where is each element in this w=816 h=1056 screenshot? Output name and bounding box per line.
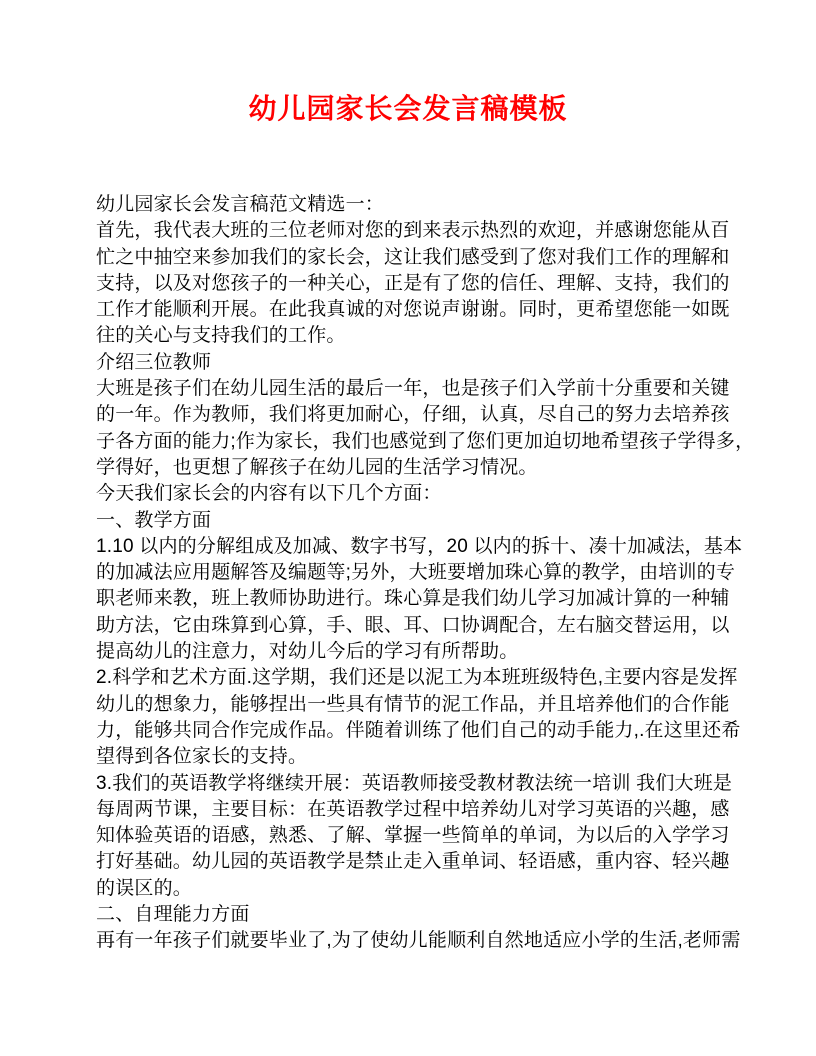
text-line: 力，能够共同合作完成作品。伴随着训练了他们自己的动手能力,.在这里还希 xyxy=(96,718,732,744)
text-line: 支持，以及对您孩子的一种关心，正是有了您的信任、理解、支持，我们的 xyxy=(96,271,732,297)
document-title: 幼儿园家长会发言稿模板 xyxy=(0,0,816,125)
document-body: 幼儿园家长会发言稿范文精选一：首先，我代表大班的三位老师对您的到来表示热烈的欢迎… xyxy=(96,192,732,955)
text-line: 往的关心与支持我们的工作。 xyxy=(96,323,732,349)
text-line: 大班是孩子们在幼儿园生活的最后一年，也是孩子们入学前十分重要和关键 xyxy=(96,376,732,402)
document-page: 幼儿园家长会发言稿模板 幼儿园家长会发言稿范文精选一：首先，我代表大班的三位老师… xyxy=(0,0,816,1056)
text-line: 忙之中抽空来参加我们的家长会，这让我们感受到了您对我们工作的理解和 xyxy=(96,245,732,271)
text-line: 工作才能顺利开展。在此我真诚的对您说声谢谢。同时，更希望您能一如既 xyxy=(96,297,732,323)
text-line: 学得好，也更想了解孩子在幼儿园的生活学习情况。 xyxy=(96,455,732,481)
text-line: 知体验英语的语感，熟悉、了解、掌握一些简单的单词，为以后的入学学习 xyxy=(96,823,732,849)
text-line: 助方法，它由珠算到心算，手、眼、耳、口协调配合，左右脑交替运用，以 xyxy=(96,613,732,639)
text-line: 子各方面的能力;作为家长，我们也感觉到了您们更加迫切地希望孩子学得多， xyxy=(96,429,732,455)
text-line: 提高幼儿的注意力，对幼儿今后的学习有所帮助。 xyxy=(96,639,732,665)
text-line: 3.我们的英语教学将继续开展：英语教师接受教材教法统一培训 我们大班是 xyxy=(96,771,732,797)
text-line: 二、自理能力方面 xyxy=(96,902,732,928)
text-line: 每周两节课，主要目标：在英语教学过程中培养幼儿对学习英语的兴趣，感 xyxy=(96,797,732,823)
text-line: 幼儿园家长会发言稿范文精选一： xyxy=(96,192,732,218)
text-line: 望得到各位家长的支持。 xyxy=(96,744,732,770)
text-line: 介绍三位教师 xyxy=(96,350,732,376)
text-line: 1.10 以内的分解组成及加减、数字书写，20 以内的拆十、凑十加减法，基本 xyxy=(96,534,732,560)
text-line: 职老师来教，班上教师协助进行。珠心算是我们幼儿学习加减计算的一种辅 xyxy=(96,586,732,612)
text-line: 幼儿的想象力，能够捏出一些具有情节的泥工作品，并且培养他们的合作能 xyxy=(96,692,732,718)
text-line: 的一年。作为教师，我们将更加耐心，仔细，认真，尽自己的努力去培养孩 xyxy=(96,402,732,428)
text-line: 再有一年孩子们就要毕业了,为了使幼儿能顺利自然地适应小学的生活,老师需 xyxy=(96,928,732,954)
text-line: 2.科学和艺术方面.这学期，我们还是以泥工为本班班级特色,主要内容是发挥 xyxy=(96,665,732,691)
text-line: 一、教学方面 xyxy=(96,508,732,534)
text-line: 的加减法应用题解答及编题等;另外，大班要增加珠心算的教学，由培训的专 xyxy=(96,560,732,586)
text-line: 首先，我代表大班的三位老师对您的到来表示热烈的欢迎，并感谢您能从百 xyxy=(96,218,732,244)
text-line: 今天我们家长会的内容有以下几个方面： xyxy=(96,481,732,507)
text-line: 的误区的。 xyxy=(96,876,732,902)
text-line: 打好基础。幼儿园的英语教学是禁止走入重单词、轻语感，重内容、轻兴趣 xyxy=(96,849,732,875)
